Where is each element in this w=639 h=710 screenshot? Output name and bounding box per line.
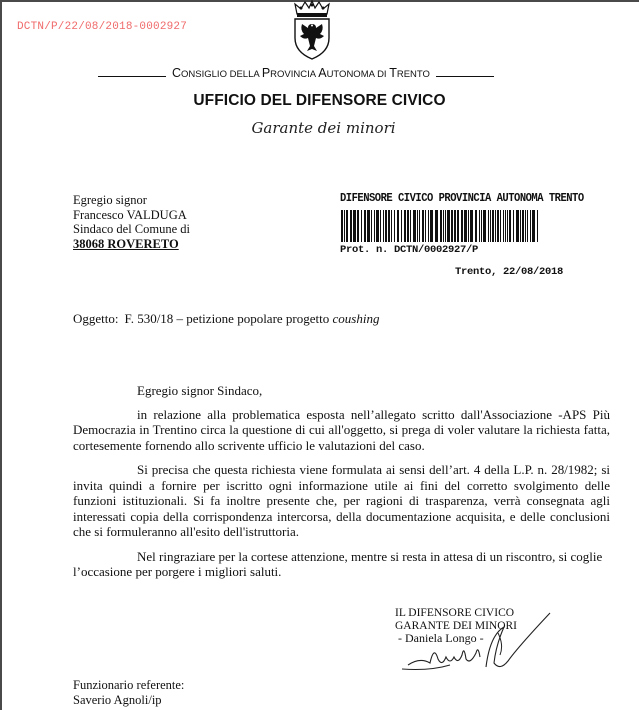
protocol-date: Trento, 22/08/2018	[455, 266, 550, 278]
protocol-stamp-code: DCTN/P/22/08/2018-0002927	[17, 21, 187, 33]
office-subtitle: Garante dei minori	[0, 119, 639, 137]
handwritten-signature-icon	[400, 605, 560, 685]
coat-of-arms-icon	[291, 0, 333, 60]
subject-label: Oggetto:	[73, 311, 119, 326]
body-paragraph: Nel ringraziare per la cortese attenzion…	[73, 549, 610, 580]
subject-text: F. 530/18 – petizione popolare progetto	[125, 311, 333, 326]
officer-name: Saverio Agnoli/ip	[73, 693, 184, 708]
protocol-stamp: DIFENSORE CIVICO PROVINCIA AUTONOMA TREN…	[340, 192, 550, 278]
officer-reference: Funzionario referente: Saverio Agnoli/ip	[73, 678, 184, 708]
council-header: CONSIGLIO DELLA PROVINCIA AUTONOMA DI TR…	[98, 66, 528, 80]
recipient-greeting: Egregio signor	[73, 193, 190, 208]
body-paragraph: Si precisa che questa richiesta viene fo…	[73, 462, 610, 540]
protocol-office: DIFENSORE CIVICO PROVINCIA AUTONOMA TREN…	[340, 192, 550, 206]
subject-line: Oggetto:F. 530/18 – petizione popolare p…	[73, 311, 379, 327]
barcode-icon	[340, 210, 540, 242]
recipient-address: Egregio signor Francesco VALDUGA Sindaco…	[73, 193, 190, 251]
protocol-number: Prot. n. DCTN/0002927/P	[340, 244, 550, 256]
recipient-name: Francesco VALDUGA	[73, 208, 190, 223]
officer-label: Funzionario referente:	[73, 678, 184, 693]
office-title: UFFICIO DEL DIFENSORE CIVICO	[0, 92, 639, 110]
letter-body: Egregio signor Sindaco, in relazione all…	[73, 383, 610, 589]
subject-italic: coushing	[333, 311, 380, 326]
body-paragraph: in relazione alla problematica esposta n…	[73, 407, 610, 454]
recipient-city: 38068 ROVERETO	[73, 237, 190, 252]
council-name-part: C	[172, 66, 181, 80]
recipient-role: Sindaco del Comune di	[73, 222, 190, 237]
header-rule-left	[98, 67, 166, 77]
header-rule-right	[436, 67, 494, 77]
salutation: Egregio signor Sindaco,	[137, 383, 610, 399]
